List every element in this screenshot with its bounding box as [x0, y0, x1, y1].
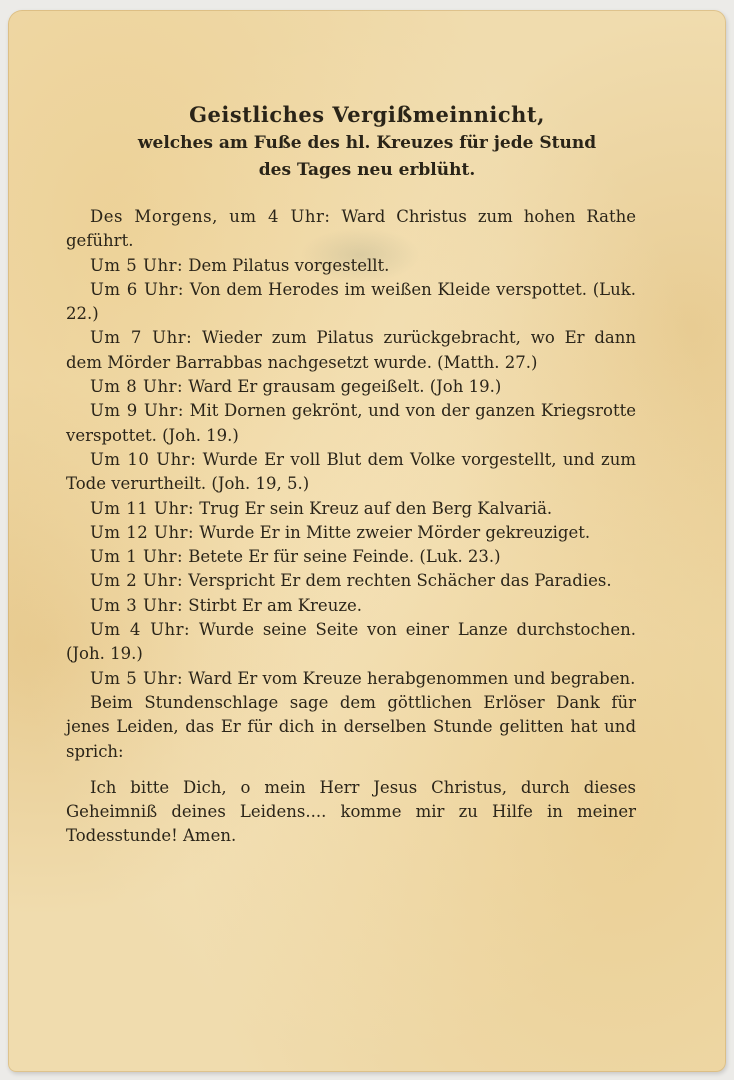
- hour-entry: Um 8 Uhr: Ward Er grausam gegeißelt. (Jo…: [66, 375, 636, 399]
- hour-text: Ward Er grausam gegeißelt. (Joh 19.): [188, 377, 501, 396]
- hour-entry: Um 7 Uhr: Wieder zum Pilatus zurückgebra…: [66, 326, 636, 375]
- hour-label: Um 6 Uhr:: [90, 280, 184, 299]
- hour-entry: Um 11 Uhr: Trug Er sein Kreuz auf den Be…: [66, 497, 636, 521]
- hour-entry: Um 6 Uhr: Von dem Herodes im weißen Klei…: [66, 278, 636, 327]
- hour-label: Um 8 Uhr:: [90, 377, 183, 396]
- hour-entry: Um 12 Uhr: Wurde Er in Mitte zweier Mörd…: [66, 521, 636, 545]
- hour-label: Um 10 Uhr:: [90, 450, 196, 469]
- hour-label: Um 3 Uhr:: [90, 596, 183, 615]
- hour-entry: Um 10 Uhr: Wurde Er voll Blut dem Volke …: [66, 448, 636, 497]
- hour-entry: Um 2 Uhr: Verspricht Er dem rechten Schä…: [66, 569, 636, 593]
- title-block: Geistliches Vergißmeinnicht, welches am …: [0, 100, 734, 184]
- hour-text: Betete Er für seine Feinde. (Luk. 23.): [188, 547, 500, 566]
- hour-label: Um 5 Uhr:: [90, 256, 183, 275]
- hour-entry: Um 4 Uhr: Wurde seine Seite von einer La…: [66, 618, 636, 667]
- hour-entry: Um 5 Uhr: Dem Pilatus vorgestellt.: [66, 254, 636, 278]
- hour-label: Um 4 Uhr:: [90, 620, 190, 639]
- hour-entry: Um 9 Uhr: Mit Dornen gekrönt, und von de…: [66, 399, 636, 448]
- document-title: Geistliches Vergißmeinnicht,: [0, 100, 734, 130]
- hour-text: Trug Er sein Kreuz auf den Berg Kalvariä…: [199, 499, 552, 518]
- hour-label: Um 9 Uhr:: [90, 401, 184, 420]
- hour-text: Wurde Er in Mitte zweier Mörder gekreuzi…: [199, 523, 590, 542]
- hour-label: Um 1 Uhr:: [90, 547, 183, 566]
- hour-label: Um 11 Uhr:: [90, 499, 194, 518]
- hour-entry: Um 3 Uhr: Stirbt Er am Kreuze.: [66, 594, 636, 618]
- hour-entry: Um 5 Uhr: Ward Er vom Kreuze herabgenomm…: [66, 667, 636, 691]
- hour-text: Verspricht Er dem rechten Schächer das P…: [188, 571, 611, 590]
- hour-label: Des Morgens, um 4 Uhr:: [90, 207, 331, 226]
- hour-text: Dem Pilatus vorgestellt.: [188, 256, 389, 275]
- hour-text: Stirbt Er am Kreuze.: [188, 596, 362, 615]
- hour-label: Um 5 Uhr:: [90, 669, 183, 688]
- hour-label: Um 12 Uhr:: [90, 523, 194, 542]
- hour-text: Ward Er vom Kreuze herabgenommen und beg…: [188, 669, 635, 688]
- prayer-paragraph: Ich bitte Dich, o mein Herr Jesus Christ…: [66, 776, 636, 849]
- hour-label: Um 7 Uhr:: [90, 328, 192, 347]
- hour-entry: Um 1 Uhr: Betete Er für seine Feinde. (L…: [66, 545, 636, 569]
- hour-entry: Des Morgens, um 4 Uhr: Ward Christus zum…: [66, 205, 636, 254]
- hour-label: Um 2 Uhr:: [90, 571, 183, 590]
- instruction-paragraph: Beim Stundenschlage sage dem göttlichen …: [66, 691, 636, 764]
- document-subtitle-line1: welches am Fuße des hl. Kreuzes für jede…: [0, 130, 734, 157]
- document-subtitle-line2: des Tages neu erblüht.: [0, 157, 734, 184]
- body-text: Des Morgens, um 4 Uhr: Ward Christus zum…: [66, 205, 636, 849]
